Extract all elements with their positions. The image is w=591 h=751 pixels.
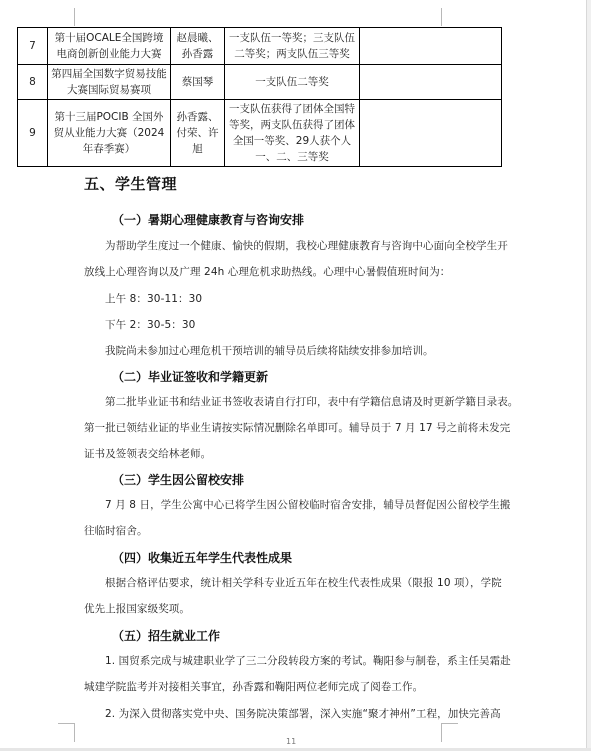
margin-corner-mark: [441, 8, 458, 26]
paragraph-line: 1. 国贸系完成与城建职业学了三二分段转段方案的考试。鞠阳参与制卷，系主任吴霜赴: [105, 653, 511, 668]
paragraph-line: 为帮助学生度过一个健康、愉快的假期，我校心理健康教育与咨询中心面向全校学生开: [105, 238, 508, 253]
awards-table: 7 第十届OCALE全国跨境电商创新创业能力大赛 赵晨曦、孙香露 一支队伍一等奖…: [17, 27, 502, 167]
paragraph-line: 上午 8：30-11：30: [105, 291, 202, 306]
row-number: 8: [18, 65, 48, 100]
paragraph-line: 证书及签领表交给林老师。: [84, 446, 211, 461]
table-row: 9 第十三届POCIB 全国外贸从业能力大赛（2024年春季赛） 孙香露、付荣、…: [18, 100, 502, 167]
paragraph-line: 优先上报国家级奖项。: [84, 601, 190, 616]
extra-cell: [360, 100, 502, 167]
teachers: 蔡国琴: [171, 65, 225, 100]
page-number: 11: [286, 737, 296, 746]
paragraph-line: 第二批毕业证书和结业证书签收表请自行打印，表中有学籍信息请及时更新学籍目录表。: [105, 394, 518, 409]
paragraph-line: 2. 为深入贯彻落实党中央、国务院决策部署，深入实施“聚才神州”工程，加快完善高: [105, 706, 501, 721]
margin-corner-mark: [441, 723, 458, 742]
paragraph-line: 根据合格评估要求，统计相关学科专业近五年在校生代表性成果（限报 10 项），学院: [105, 575, 502, 590]
subsection-title: （三）学生因公留校安排: [112, 471, 244, 488]
award: 一支队伍二等奖: [225, 65, 360, 100]
paragraph-line: 7 月 8 日，学生公寓中心已将学生因公留校临时宿舍安排，辅导员督促因公留校学生…: [105, 497, 510, 512]
paragraph-line: 放线上心理咨询以及广理 24h 心理危机求助热线。心理中心暑假值班时间为：: [84, 264, 450, 279]
extra-cell: [360, 28, 502, 65]
paragraph-line: 第一批已领结业证的毕业生请按实际情况删除名单即可。辅导员于 7 月 17 号之前…: [84, 420, 510, 435]
margin-corner-mark: [58, 723, 75, 742]
margin-corner-mark: [58, 8, 75, 26]
competition-name: 第十三届POCIB 全国外贸从业能力大赛（2024年春季赛）: [48, 100, 171, 167]
row-number: 7: [18, 28, 48, 65]
paragraph-line: 下午 2：30-5：30: [105, 317, 195, 332]
teachers: 赵晨曦、孙香露: [171, 28, 225, 65]
subsection-title: （一）暑期心理健康教育与咨询安排: [112, 211, 304, 228]
table-row: 8 第四届全国数字贸易技能大赛国际贸易赛项 蔡国琴 一支队伍二等奖: [18, 65, 502, 100]
table-row: 7 第十届OCALE全国跨境电商创新创业能力大赛 赵晨曦、孙香露 一支队伍一等奖…: [18, 28, 502, 65]
row-number: 9: [18, 100, 48, 167]
subsection-title: （五）招生就业工作: [112, 627, 220, 644]
award: 一支队伍获得了团体全国特等奖，两支队伍获得了团体全国一等奖、29人获个人一、二、…: [225, 100, 360, 167]
competition-name: 第十届OCALE全国跨境电商创新创业能力大赛: [48, 28, 171, 65]
page-edge: [586, 0, 591, 751]
extra-cell: [360, 65, 502, 100]
competition-name: 第四届全国数字贸易技能大赛国际贸易赛项: [48, 65, 171, 100]
subsection-title: （二）毕业证签收和学籍更新: [112, 368, 268, 385]
teachers: 孙香露、付荣、许旭: [171, 100, 225, 167]
award: 一支队伍一等奖；三支队伍二等奖；两支队伍三等奖: [225, 28, 360, 65]
subsection-title: （四）收集近五年学生代表性成果: [112, 549, 292, 566]
paragraph-line: 我院尚未参加过心理危机干预培训的辅导员后续将陆续安排参加培训。: [105, 343, 434, 358]
section-title: 五、学生管理: [84, 173, 177, 194]
paragraph-line: 往临时宿舍。: [84, 523, 148, 538]
paragraph-line: 城建学院监考并对接相关事宜，孙香露和鞠阳两位老师完成了阅卷工作。: [84, 679, 423, 694]
